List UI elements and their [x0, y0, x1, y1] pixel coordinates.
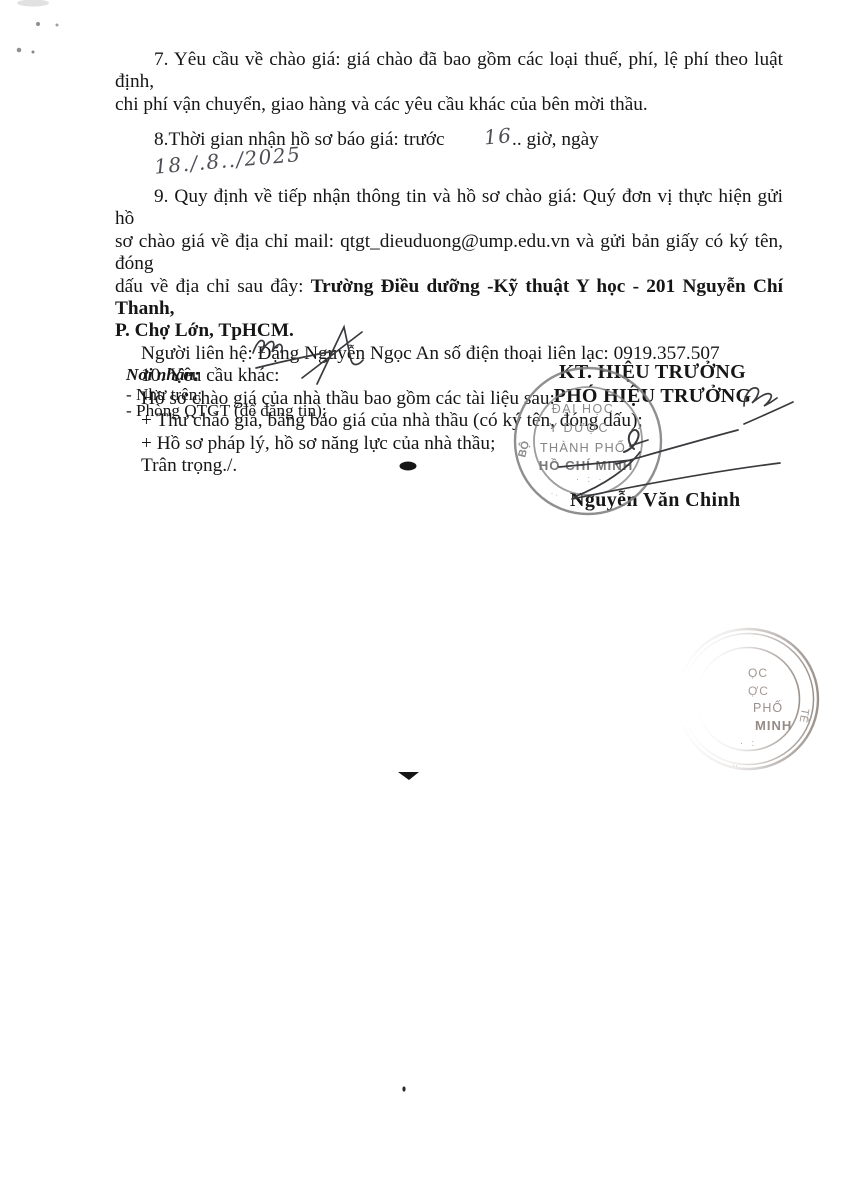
- partial-stamp-line3: PHỐ: [753, 700, 783, 715]
- partial-stamp-line2: ỢC: [748, 684, 769, 698]
- partial-stamp-outer-ring-2: [683, 634, 814, 765]
- paragraph-9-line3: dấu về địa chỉ sau đây: Trường Điều dưỡn…: [115, 276, 783, 321]
- paragraph-9-line2: sơ chào giá về địa chỉ mail: qtgt_dieudu…: [115, 231, 783, 276]
- paragraph-9-line4: P. Chợ Lớn, TpHCM.: [115, 320, 783, 342]
- paragraph-10-item2: + Hồ sơ pháp lý, hồ sơ năng lực của nhà …: [115, 433, 783, 455]
- stamp-bottom-marks-2: · ·: [549, 488, 559, 499]
- scan-specks: [17, 0, 59, 54]
- document-page: 7. Yêu cầu về chào giá: giá chào đã bao …: [0, 0, 848, 1200]
- signature-title-block: KT. HIỆU TRƯỞNG PHÓ HIỆU TRƯỞNG: [545, 361, 760, 408]
- scan-speck-4: [32, 51, 35, 54]
- partial-stamp-bottom-marks-2: ··: [731, 760, 738, 770]
- partial-stamp-edge-te: TẾ: [797, 707, 812, 723]
- ink-speck-bottom: [402, 1086, 405, 1091]
- handwritten-date: 18./.8../2025: [114, 144, 302, 180]
- partial-faded-stamp: ỌC ỢC PHỐ MINH TẾ · : ··: [666, 616, 848, 784]
- paragraph-9-line3-normal: dấu về địa chỉ sau đây:: [115, 276, 311, 297]
- recipients-block: Nơi nhận: - Như trên; - Phòng QTGT (để đ…: [126, 366, 327, 418]
- recipients-heading: Nơi nhận:: [126, 366, 327, 384]
- paragraph-8: 8.Thời gian nhận hồ sơ báo giá: trước16.…: [115, 128, 783, 175]
- signer-name: Nguyễn Văn Chinh: [570, 489, 741, 512]
- partial-stamp-bottom-marks: · :: [740, 738, 757, 748]
- ink-artifacts: [398, 462, 419, 1092]
- partial-stamp-outer-ring: [678, 629, 818, 769]
- closing-line: Trân trọng./.: [115, 455, 783, 477]
- paragraph-7-line2: chi phí vận chuyển, giao hàng và các yêu…: [115, 94, 783, 116]
- recipient-item-2: - Phòng QTGT (để đăng tin);: [126, 403, 327, 419]
- paragraph-8-dots: ..: [512, 129, 522, 150]
- paragraph-9-line1: 9. Quy định về tiếp nhận thông tin và hồ…: [115, 186, 783, 231]
- scan-speck-2: [56, 24, 59, 27]
- paragraph-8-mid: giờ, ngày: [522, 129, 599, 150]
- signature-title-line1: KT. HIỆU TRƯỞNG: [545, 361, 760, 385]
- handwritten-time: 16: [444, 125, 513, 151]
- ink-dot-2: [398, 772, 419, 780]
- scan-smudge-top: [17, 0, 49, 7]
- scan-speck-3: [17, 48, 22, 53]
- paragraph-9: 9. Quy định về tiếp nhận thông tin và hồ…: [115, 186, 783, 343]
- partial-stamp-line4: MINH: [755, 718, 792, 733]
- scan-speck-1: [36, 22, 40, 26]
- paragraph-7: 7. Yêu cầu về chào giá: giá chào đã bao …: [115, 49, 783, 116]
- partial-stamp-line1: ỌC: [748, 666, 768, 680]
- partial-stamp-inner-ring: [697, 648, 800, 751]
- signature-title-line2: PHÓ HIỆU TRƯỞNG: [545, 385, 760, 409]
- paragraph-7-line1: 7. Yêu cầu về chào giá: giá chào đã bao …: [115, 49, 783, 94]
